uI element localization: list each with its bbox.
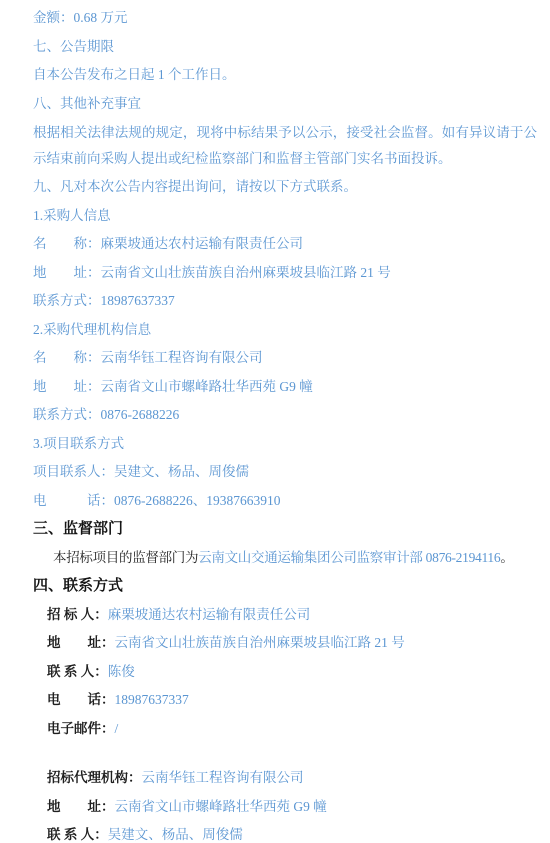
tenderer-label: 招 标 人： xyxy=(47,607,108,622)
bid-agency-label: 招标代理机构： xyxy=(47,770,142,785)
bid-agency-person-label: 联 系 人： xyxy=(47,827,108,842)
supervision-line: 本招标项目的监督部门为云南文山交通运输集团公司监察审计部 0876-219411… xyxy=(33,544,537,573)
agency-info-title: 2.采购代理机构信息 xyxy=(33,316,537,345)
purchaser-name-line: 名 称：麻栗坡通达农村运输有限责任公司 xyxy=(33,230,537,259)
bid-agency-address-label: 地 址： xyxy=(47,799,115,814)
contact-person-label: 联 系 人： xyxy=(47,664,108,679)
announcement-document: 金额：0.68 万元 七、公告期限 自本公告发布之日起 1 个工作日。 八、其他… xyxy=(0,0,550,843)
bid-agency-person-row: 联 系 人：吴建文、杨品、周俊儒 xyxy=(33,821,537,843)
contact-address-row: 地 址：云南省文山壮族苗族自治州麻栗坡县临江路 21 号 xyxy=(33,629,537,658)
section-7-body: 自本公告发布之日起 1 个工作日。 xyxy=(33,61,537,90)
tenderer-row: 招 标 人：麻栗坡通达农村运输有限责任公司 xyxy=(33,601,537,630)
contact-phone-row: 电 话：18987637337 xyxy=(33,686,537,715)
bid-agency-value: 云南华钰工程咨询有限公司 xyxy=(142,770,304,785)
contact-phone-value: 18987637337 xyxy=(115,692,189,707)
project-phone-line: 电 话：0876-2688226、19387663910 xyxy=(33,487,537,516)
bid-agency-address-value: 云南省文山市螺峰路壮华西苑 G9 幢 xyxy=(115,799,327,814)
bid-agency-address-row: 地 址：云南省文山市螺峰路壮华西苑 G9 幢 xyxy=(33,793,537,822)
section-8-body: 根据相关法律法规的规定，现将中标结果予以公示，接受社会监督。如有异议请于公示结束… xyxy=(33,120,537,171)
contact-address-label: 地 址： xyxy=(47,635,115,650)
contact-email-row: 电子邮件：/ xyxy=(33,715,537,744)
agency-contact-line: 联系方式：0876-2688226 xyxy=(33,401,537,430)
agency-address-line: 地 址：云南省文山市螺峰路壮华西苑 G9 幢 xyxy=(33,373,537,402)
tenderer-value: 麻栗坡通达农村运输有限责任公司 xyxy=(108,607,311,622)
contact-person-value: 陈俊 xyxy=(108,664,135,679)
section-7-heading: 七、公告期限 xyxy=(33,33,537,62)
supervision-prefix: 本招标项目的监督部门为 xyxy=(53,550,198,565)
contact-person-row: 联 系 人：陈俊 xyxy=(33,658,537,687)
project-contact-title: 3.项目联系方式 xyxy=(33,430,537,459)
bid-agency-row: 招标代理机构：云南华钰工程咨询有限公司 xyxy=(33,764,537,793)
section-9-heading: 九、凡对本次公告内容提出询问，请按以下方式联系。 xyxy=(33,173,537,202)
supervision-heading: 三、监督部门 xyxy=(33,515,537,544)
contact-address-value: 云南省文山壮族苗族自治州麻栗坡县临江路 21 号 xyxy=(115,635,405,650)
contact-email-value: / xyxy=(115,721,119,736)
bid-agency-person-value: 吴建文、杨品、周俊儒 xyxy=(108,827,243,842)
purchaser-address-line: 地 址：云南省文山壮族苗族自治州麻栗坡县临江路 21 号 xyxy=(33,259,537,288)
section-8-heading: 八、其他补充事宜 xyxy=(33,90,537,119)
supervision-suffix: 。 xyxy=(500,550,513,565)
supervision-department: 云南文山交通运输集团公司监察审计部 0876-2194116 xyxy=(198,550,500,565)
agency-name-line: 名 称：云南华钰工程咨询有限公司 xyxy=(33,344,537,373)
purchaser-contact-line: 联系方式：18987637337 xyxy=(33,287,537,316)
purchaser-info-title: 1.采购人信息 xyxy=(33,202,537,231)
project-contacts-line: 项目联系人：吴建文、杨品、周俊儒 xyxy=(33,458,537,487)
amount-line: 金额：0.68 万元 xyxy=(33,4,537,33)
contact-phone-label: 电 话： xyxy=(47,692,115,707)
contact-email-label: 电子邮件： xyxy=(47,721,115,736)
contact-heading: 四、联系方式 xyxy=(33,572,537,601)
